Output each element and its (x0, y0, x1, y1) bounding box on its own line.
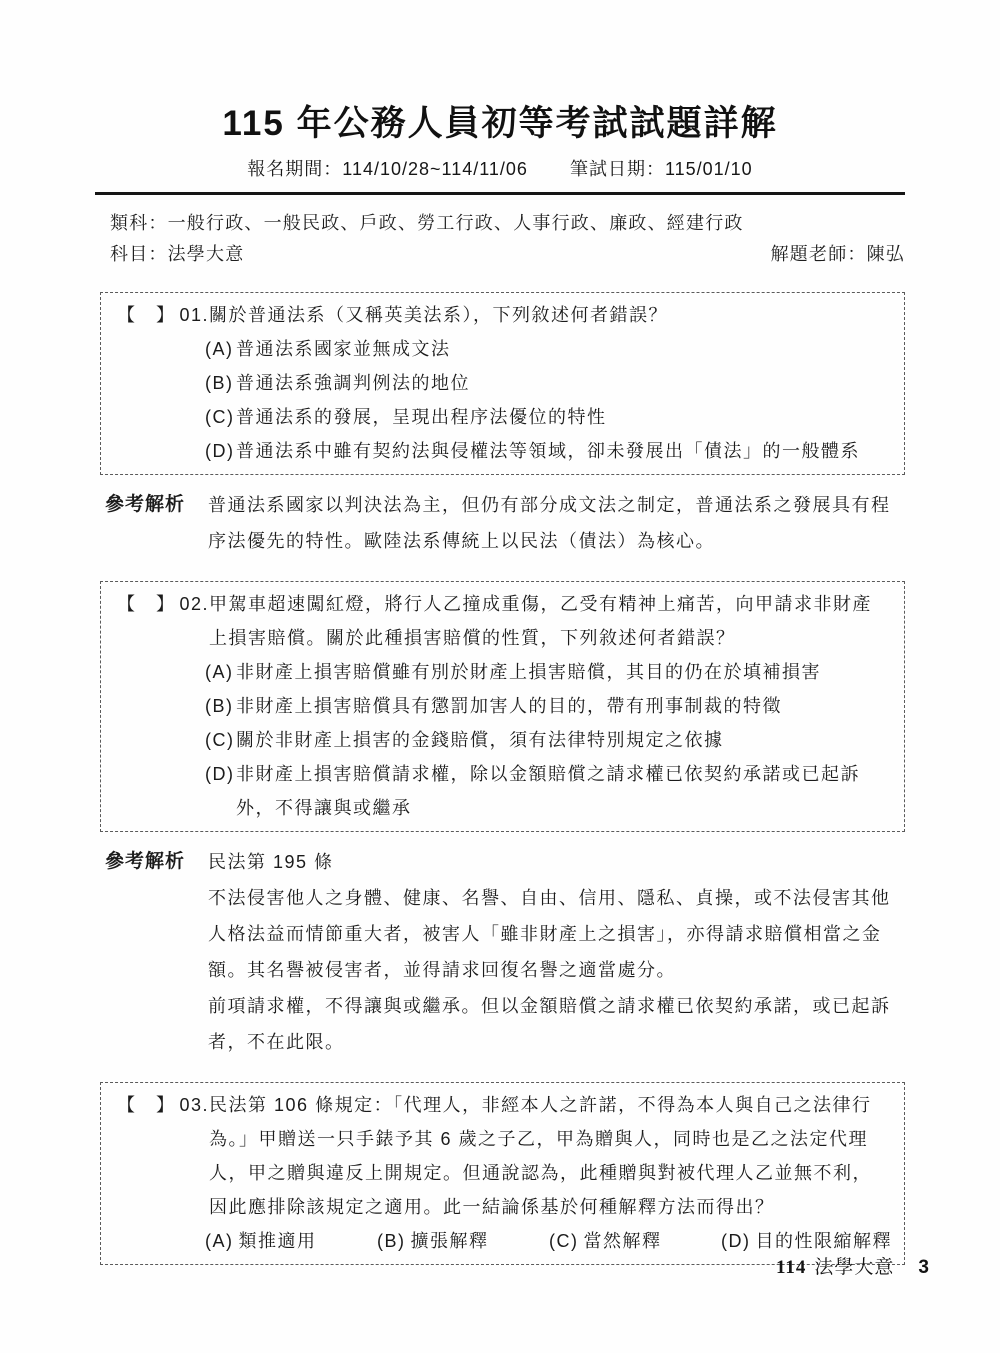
analysis-paragraph: 前項請求權，不得讓與或繼承。但以金額賠償之請求權已依契約承諾，或已起訴者，不在此… (208, 988, 905, 1060)
option-label: (D) (205, 434, 236, 468)
question-box-03: 【 】03. 民法第 106 條規定：「代理人，非經本人之許諾，不得為本人與自己… (100, 1082, 905, 1265)
footer-page-number: 3 (918, 1257, 930, 1278)
option-label: (D) (205, 757, 236, 825)
option-text: 非財產上損害賠償請求權，除以金額賠償之請求權已依契約承諾或已起訴外，不得讓與或繼… (236, 757, 888, 825)
subject-line: 科目：法學大意 (110, 239, 244, 270)
header-sub-line: 報名期間：114/10/28~114/11/06 筆試日期：115/01/10 (0, 156, 1000, 182)
header-rule-divider (95, 192, 905, 195)
option-inline-a: (A)類推適用 (205, 1224, 377, 1258)
category-line: 類科：一般行政、一般民政、戶政、勞工行政、人事行政、廉政、經建行政 (110, 208, 905, 239)
option-row-d: (D) 非財產上損害賠償請求權，除以金額賠償之請求權已依契約承諾或已起訴外，不得… (205, 757, 888, 825)
options-list: (A) 非財產上損害賠償雖有別於財產上損害賠償，其目的仍在於填補損害 (B) 非… (205, 655, 888, 825)
answer-slot: 【 】02. (117, 587, 209, 655)
exam-meta: 類科：一般行政、一般民政、戶政、勞工行政、人事行政、廉政、經建行政 科目：法學大… (110, 208, 905, 270)
option-text: 普通法系國家並無成文法 (236, 332, 888, 366)
option-row-c: (C) 普通法系的發展，呈現出程序法優位的特性 (205, 400, 888, 434)
option-text: 普通法系中雖有契約法與侵權法等領域，卻未發展出「債法」的一般體系 (236, 434, 888, 468)
option-text: 類推適用 (239, 1231, 317, 1251)
option-row-b: (B) 非財產上損害賠償具有懲罰加害人的目的，帶有刑事制裁的特徵 (205, 689, 888, 723)
question-stem: 民法第 106 條規定：「代理人，非經本人之許諾，不得為本人與自己之法律行為。」… (209, 1088, 888, 1224)
option-row-c: (C) 關於非財產上損害的金錢賠償，須有法律特別規定之依據 (205, 723, 888, 757)
option-label: (C) (549, 1231, 579, 1251)
option-inline-b: (B)擴張解釋 (377, 1224, 549, 1258)
registration-period: 報名期間：114/10/28~114/11/06 (247, 156, 528, 182)
analysis-block-01: 參考解析 普通法系國家以判決法為主，但仍有部分成文法之制定，普通法系之發展具有程… (105, 487, 905, 559)
footer-edition: 114 (776, 1257, 806, 1278)
solver-line: 解題老師：陳弘 (771, 239, 905, 270)
written-exam-date: 筆試日期：115/01/10 (570, 156, 753, 182)
option-text: 擴張解釋 (411, 1231, 489, 1251)
question-stem: 關於普通法系（又稱英美法系），下列敘述何者錯誤？ (209, 298, 888, 332)
option-inline-c: (C)當然解釋 (549, 1224, 721, 1258)
option-text: 非財產上損害賠償雖有別於財產上損害賠償，其目的仍在於填補損害 (236, 655, 888, 689)
option-row-d: (D) 普通法系中雖有契約法與侵權法等領域，卻未發展出「債法」的一般體系 (205, 434, 888, 468)
analysis-label: 參考解析 (105, 487, 193, 559)
question-number: 03. (180, 1095, 210, 1115)
footer-subject: 法學大意 (814, 1257, 894, 1278)
option-row-a: (A) 普通法系國家並無成文法 (205, 332, 888, 366)
option-label: (C) (205, 723, 236, 757)
question-box-02: 【 】02. 甲駕車超速闖紅燈，將行人乙撞成重傷，乙受有精神上痛苦，向甲請求非財… (100, 581, 905, 832)
analysis-body: 民法第 195 條 不法侵害他人之身體、健康、名譽、自由、信用、隱私、貞操，或不… (208, 844, 905, 1060)
answer-bracket: 【 】 (117, 1095, 176, 1115)
answer-slot: 【 】01. (117, 298, 209, 332)
answer-bracket: 【 】 (117, 594, 176, 614)
option-label: (B) (205, 366, 236, 400)
option-row-a: (A) 非財產上損害賠償雖有別於財產上損害賠償，其目的仍在於填補損害 (205, 655, 888, 689)
option-text: 目的性限縮解釋 (756, 1231, 893, 1251)
analysis-body: 普通法系國家以判決法為主，但仍有部分成文法之制定，普通法系之發展具有程序法優先的… (208, 487, 905, 559)
page-footer: 114法學大意3 (776, 1252, 930, 1279)
option-label: (A) (205, 1231, 234, 1251)
option-text: 關於非財產上損害的金錢賠償，須有法律特別規定之依據 (236, 723, 888, 757)
option-label: (B) (205, 689, 236, 723)
question-box-01: 【 】01. 關於普通法系（又稱英美法系），下列敘述何者錯誤？ (A) 普通法系… (100, 292, 905, 475)
option-text: 非財產上損害賠償具有懲罰加害人的目的，帶有刑事制裁的特徵 (236, 689, 888, 723)
question-number: 02. (180, 594, 210, 614)
analysis-paragraph: 不法侵害他人之身體、健康、名譽、自由、信用、隱私、貞操，或不法侵害其他人格法益而… (208, 880, 905, 988)
option-label: (D) (721, 1231, 751, 1251)
option-label: (C) (205, 400, 236, 434)
analysis-paragraph: 民法第 195 條 (208, 844, 905, 880)
analysis-label: 參考解析 (105, 844, 193, 1060)
option-text: 普通法系強調判例法的地位 (236, 366, 888, 400)
analysis-block-02: 參考解析 民法第 195 條 不法侵害他人之身體、健康、名譽、自由、信用、隱私、… (105, 844, 905, 1060)
option-text: 當然解釋 (584, 1231, 662, 1251)
option-text: 普通法系的發展，呈現出程序法優位的特性 (236, 400, 888, 434)
exam-page: 115 年公務人員初等考試試題詳解 報名期間：114/10/28~114/11/… (0, 0, 1000, 1353)
options-list: (A) 普通法系國家並無成文法 (B) 普通法系強調判例法的地位 (C) 普通法… (205, 332, 888, 468)
option-label: (A) (205, 655, 236, 689)
option-label: (A) (205, 332, 236, 366)
answer-slot: 【 】03. (117, 1088, 209, 1224)
answer-bracket: 【 】 (117, 305, 176, 325)
question-number: 01. (180, 305, 210, 325)
option-row-b: (B) 普通法系強調判例法的地位 (205, 366, 888, 400)
option-label: (B) (377, 1231, 406, 1251)
question-stem: 甲駕車超速闖紅燈，將行人乙撞成重傷，乙受有精神上痛苦，向甲請求非財產上損害賠償。… (209, 587, 888, 655)
analysis-paragraph: 普通法系國家以判決法為主，但仍有部分成文法之制定，普通法系之發展具有程序法優先的… (208, 487, 905, 559)
page-title: 115 年公務人員初等考試試題詳解 (0, 0, 1000, 146)
